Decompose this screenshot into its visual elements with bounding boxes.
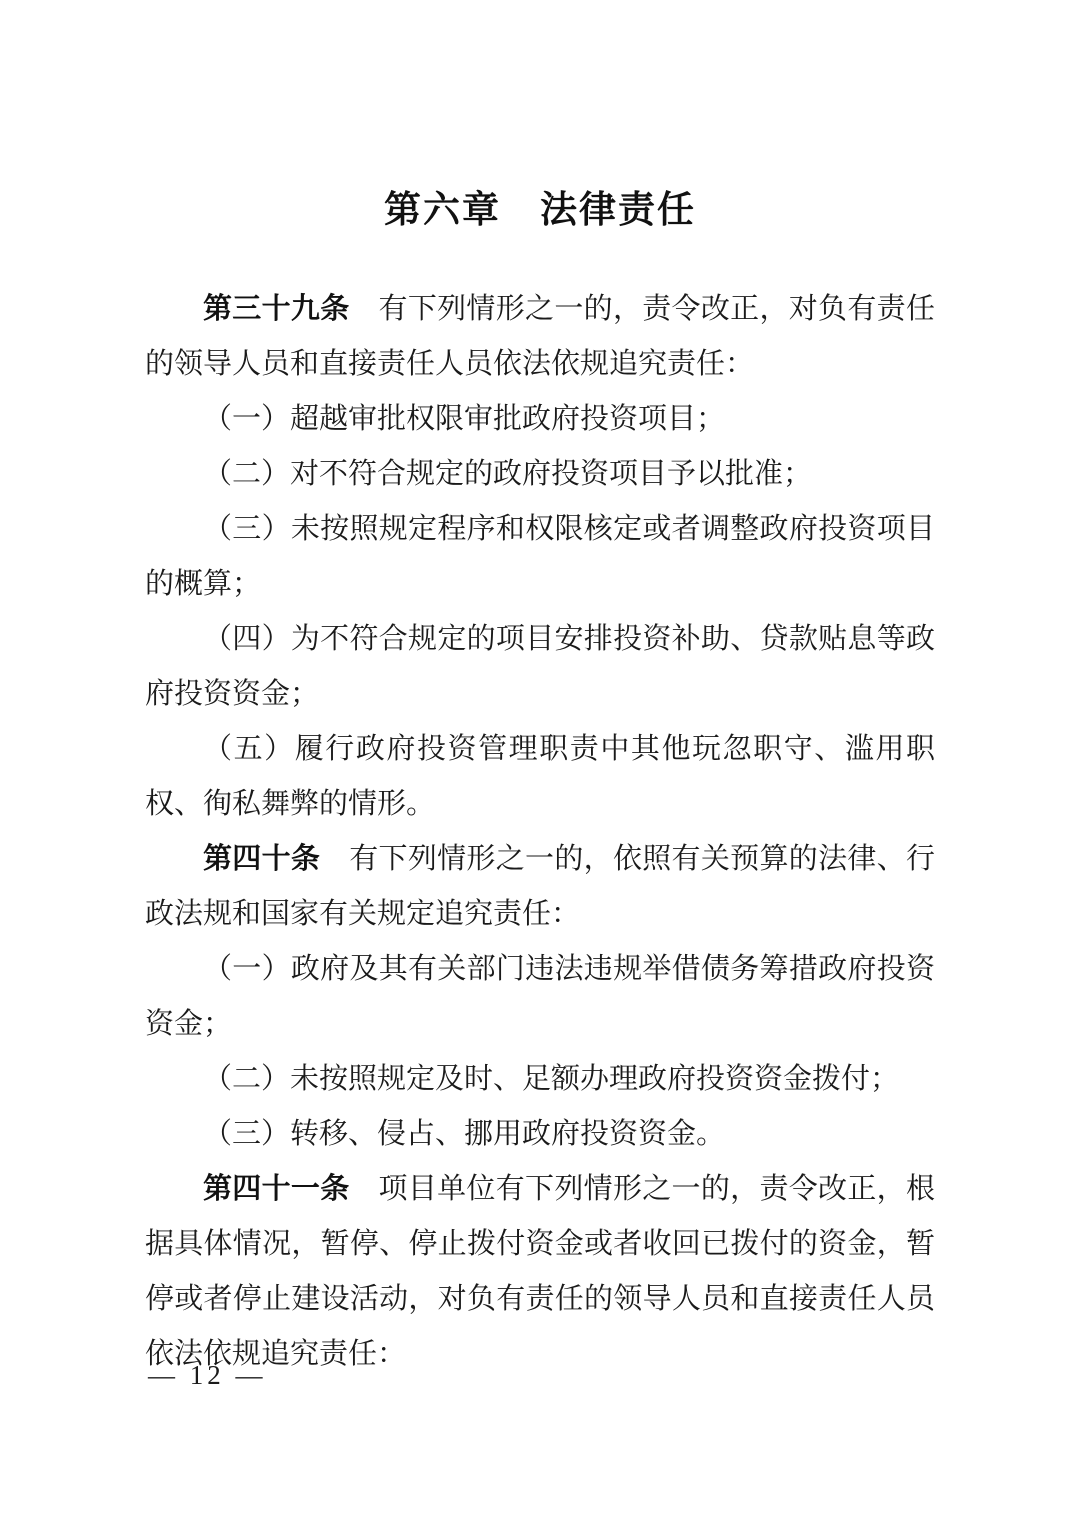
item-text: （三）未按照规定程序和权限核定或者调整政府投资项目的概算； (145, 513, 935, 600)
item-text: （一）超越审批权限审批政府投资项目； (203, 403, 725, 435)
article-39-number: 第三十九条 (203, 293, 350, 325)
item-text: （二）对不符合规定的政府投资项目予以批准； (203, 458, 812, 490)
article-39-item-2: （二）对不符合规定的政府投资项目予以批准； (145, 447, 935, 502)
item-text: （三）转移、侵占、挪用政府投资资金。 (203, 1118, 725, 1150)
article-40-item-3: （三）转移、侵占、挪用政府投资资金。 (145, 1107, 935, 1162)
article-40-number: 第四十条 (203, 843, 320, 875)
article-39-item-4: （四）为不符合规定的项目安排投资补助、贷款贴息等政府投资资金； (145, 612, 935, 722)
article-39-item-1: （一）超越审批权限审批政府投资项目； (145, 392, 935, 447)
article-41-intro: 第四十一条项目单位有下列情形之一的，责令改正，根据具体情况，暂停、停止拨付资金或… (145, 1162, 935, 1382)
item-text: （五）履行政府投资管理职责中其他玩忽职守、滥用职权、徇私舞弊的情形。 (145, 733, 935, 820)
article-39-intro: 第三十九条有下列情形之一的，责令改正，对负有责任的领导人员和直接责任人员依法依规… (145, 282, 935, 392)
article-39-item-5: （五）履行政府投资管理职责中其他玩忽职守、滥用职权、徇私舞弊的情形。 (145, 722, 935, 832)
document-page: 第六章 法律责任 第三十九条有下列情形之一的，责令改正，对负有责任的领导人员和直… (0, 0, 1080, 1527)
page-number: — 12 — (148, 1358, 267, 1392)
document-body: 第三十九条有下列情形之一的，责令改正，对负有责任的领导人员和直接责任人员依法依规… (145, 282, 935, 1382)
article-40-intro: 第四十条有下列情形之一的，依照有关预算的法律、行政法规和国家有关规定追究责任： (145, 832, 935, 942)
chapter-title: 第六章 法律责任 (0, 0, 1080, 232)
article-41-number: 第四十一条 (203, 1173, 350, 1205)
article-39-item-3: （三）未按照规定程序和权限核定或者调整政府投资项目的概算； (145, 502, 935, 612)
item-text: （一）政府及其有关部门违法违规举借债务筹措政府投资资金； (145, 953, 935, 1040)
article-40-item-2: （二）未按照规定及时、足额办理政府投资资金拨付； (145, 1052, 935, 1107)
item-text: （二）未按照规定及时、足额办理政府投资资金拨付； (203, 1063, 899, 1095)
item-text: （四）为不符合规定的项目安排投资补助、贷款贴息等政府投资资金； (145, 623, 935, 710)
article-40-item-1: （一）政府及其有关部门违法违规举借债务筹措政府投资资金； (145, 942, 935, 1052)
